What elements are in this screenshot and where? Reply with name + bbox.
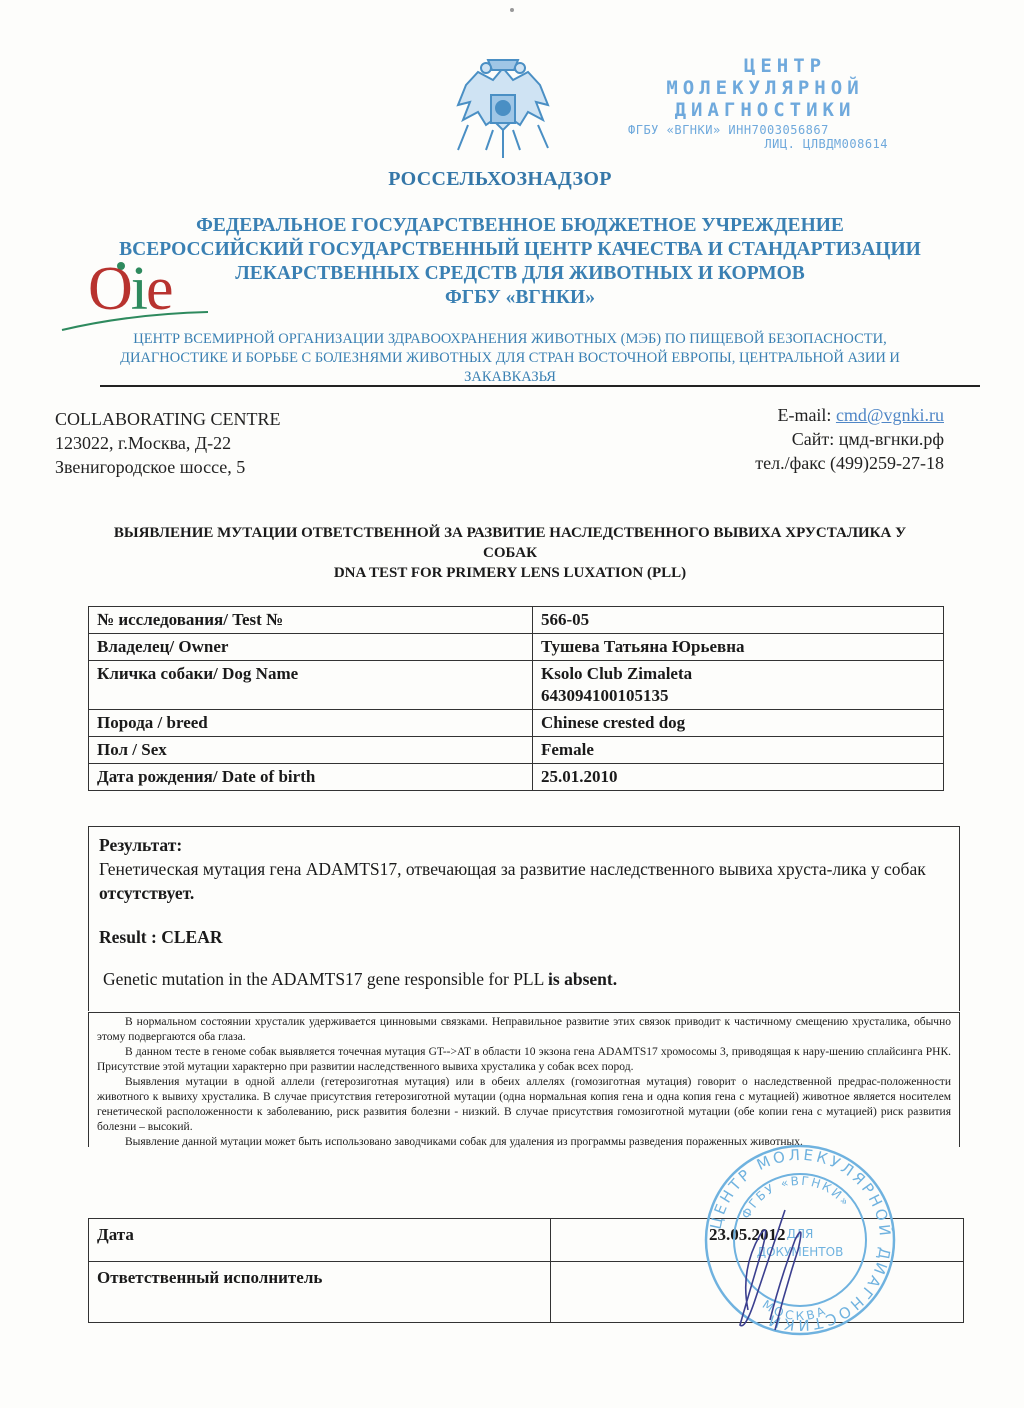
round-seal-stamp: ЦЕНТР МОЛЕКУЛЯРНОЙ ДИАГНОСТИКИ ФГБУ «ВГН… (700, 1140, 900, 1340)
svg-text:ФГБУ «ВГНКИ»: ФГБУ «ВГНКИ» (739, 1174, 854, 1221)
stamp-line: МОЛЕКУЛЯРНОЙ (620, 77, 910, 99)
result-en-bold: is absent. (548, 969, 617, 989)
molecular-diagnostics-stamp: ЦЕНТР МОЛЕКУЛЯРНОЙ ДИАГНОСТИКИ ФГБУ «ВГН… (620, 55, 910, 151)
note-paragraph: В нормальном состоянии хрусталик удержив… (97, 1015, 951, 1045)
document-title: ВЫЯВЛЕНИЕ МУТАЦИИ ОТВЕТСТВЕННОЙ ЗА РАЗВИ… (55, 523, 965, 583)
table-row: № исследования/ Test №566-05 (89, 607, 944, 634)
desc-line: ДИАГНОСТИКЕ И БОРЬБЕ С БОЛЕЗНЯМИ ЖИВОТНЫ… (80, 349, 940, 368)
row-label: Порода / breed (89, 710, 533, 737)
stamp-line: ЛИЦ. ЦЛВДМ008614 (620, 137, 910, 151)
row-value: 25.01.2010 (533, 764, 944, 791)
org-line: ФЕДЕРАЛЬНОЕ ГОСУДАРСТВЕННОЕ БЮДЖЕТНОЕ УЧ… (70, 214, 970, 238)
result-box: Результат: Генетическая мутация гена ADA… (88, 826, 960, 1011)
stamp-line: ФГБУ «ВГНКИ» ИНН7003056867 (620, 123, 910, 137)
dog-name: Ksolo Club Zimaleta (541, 663, 935, 685)
table-row: Владелец/ OwnerТушева Татьяна Юрьевна (89, 634, 944, 661)
result-ru-text: Генетическая мутация гена ADAMTS17, отве… (99, 859, 926, 879)
title-ru-cont: СОБАК (55, 543, 965, 563)
email-label: E-mail: (777, 405, 835, 425)
result-ru: Генетическая мутация гена ADAMTS17, отве… (99, 857, 949, 905)
executor-label: Ответственный исполнитель (89, 1262, 551, 1323)
stamp-line: ДИАГНОСТИКИ (620, 99, 910, 121)
row-value: 566-05 (533, 607, 944, 634)
agency-name: РОССЕЛЬХОЗНАДЗОР (380, 168, 620, 191)
result-heading: Результат: (99, 833, 949, 857)
row-value: Ksolo Club Zimaleta643094100105135 (533, 661, 944, 710)
desc-line: ЦЕНТР ВСЕМИРНОЙ ОРГАНИЗАЦИИ ЗДРАВООХРАНЕ… (80, 330, 940, 349)
seal-inner-top: ФГБУ «ВГНКИ» (739, 1174, 854, 1221)
stamp-line: ЦЕНТР (620, 55, 910, 77)
collaborating-centre-description: ЦЕНТР ВСЕМИРНОЙ ОРГАНИЗАЦИИ ЗДРАВООХРАНЕ… (80, 330, 940, 387)
oie-letter: i (131, 255, 146, 323)
address-line: 123022, г.Москва, Д-22 (55, 431, 281, 455)
oie-logo-text: Oie (88, 258, 172, 320)
row-label: Дата рождения/ Date of birth (89, 764, 533, 791)
site-line: Сайт: цмд-вгнки.рф (755, 427, 944, 451)
row-label: № исследования/ Test № (89, 607, 533, 634)
result-en: Genetic mutation in the ADAMTS17 gene re… (99, 967, 949, 991)
address-left: COLLABORATING CENTRE 123022, г.Москва, Д… (55, 407, 281, 479)
address-line: Звенигородское шоссе, 5 (55, 455, 281, 479)
table-row: Порода / breedChinese crested dog (89, 710, 944, 737)
title-en: DNA TEST FOR PRIMERY LENS LUXATION (PLL) (55, 563, 965, 583)
row-value: Chinese crested dog (533, 710, 944, 737)
table-row: Дата рождения/ Date of birth25.01.2010 (89, 764, 944, 791)
title-ru: ВЫЯВЛЕНИЕ МУТАЦИИ ОТВЕТСТВЕННОЙ ЗА РАЗВИ… (55, 523, 965, 543)
note-paragraph: Выявления мутации в одной аллели (гетеро… (97, 1075, 951, 1135)
address-line: COLLABORATING CENTRE (55, 407, 281, 431)
table-row: Пол / SexFemale (89, 737, 944, 764)
result-label: Result : CLEAR (99, 925, 949, 949)
row-value: Тушева Татьяна Юрьевна (533, 634, 944, 661)
header-divider (100, 385, 980, 387)
result-en-text: Genetic mutation in the ADAMTS17 gene re… (103, 969, 548, 989)
scan-speck (510, 8, 514, 12)
oie-letter: e (146, 255, 172, 323)
email-line: E-mail: cmd@vgnki.ru (755, 403, 944, 427)
oie-logo: Oie (60, 256, 210, 336)
row-value: Female (533, 737, 944, 764)
row-label: Владелец/ Owner (89, 634, 533, 661)
table-row: Кличка собаки/ Dog NameKsolo Club Zimale… (89, 661, 944, 710)
row-label: Пол / Sex (89, 737, 533, 764)
contacts-right: E-mail: cmd@vgnki.ru Сайт: цмд-вгнки.рф … (755, 403, 944, 475)
result-ru-bold: отсутствует. (99, 883, 194, 903)
row-label: Кличка собаки/ Dog Name (89, 661, 533, 710)
russian-coat-of-arms-icon (448, 50, 558, 165)
dog-chip-number: 643094100105135 (541, 685, 935, 707)
email-link[interactable]: cmd@vgnki.ru (836, 405, 944, 425)
date-label: Дата (89, 1219, 551, 1262)
phone-line: тел./факс (499)259-27-18 (755, 451, 944, 475)
note-paragraph: В данном тесте в геноме собак выявляется… (97, 1045, 951, 1075)
explanatory-notes: В нормальном состоянии хрусталик удержив… (88, 1012, 960, 1147)
test-info-table: № исследования/ Test №566-05 Владелец/ O… (88, 606, 944, 791)
oie-letter: O (88, 255, 131, 323)
